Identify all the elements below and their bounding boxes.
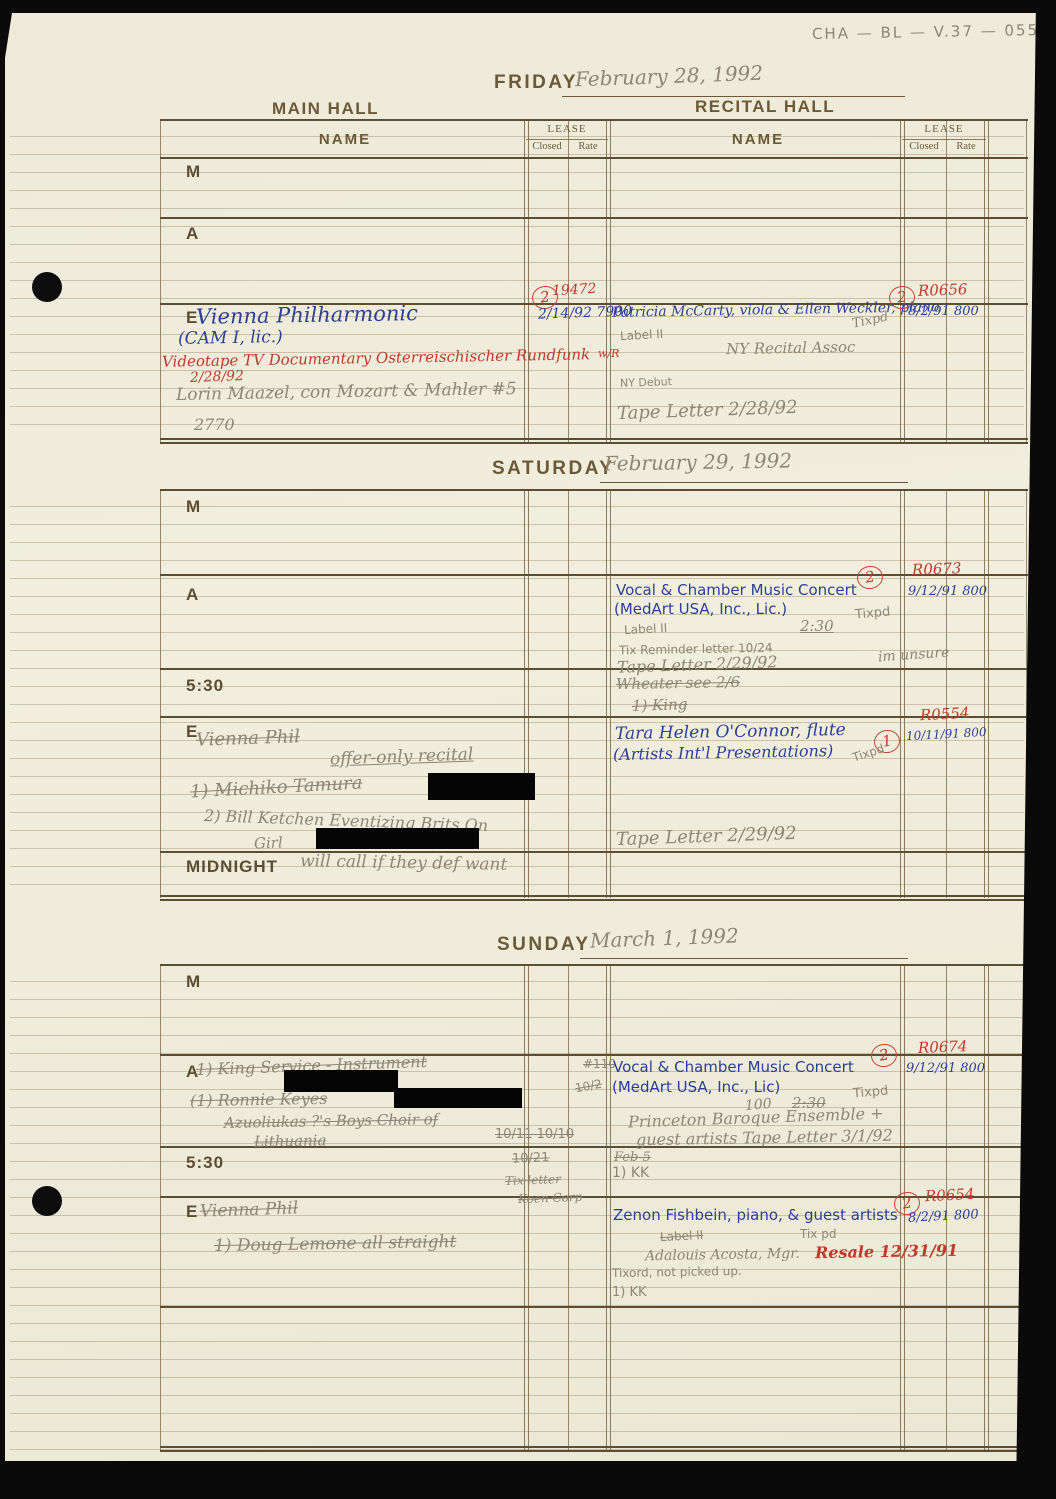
grid-line xyxy=(606,489,611,898)
sat-rec-event1: Vocal & Chamber Music Concert xyxy=(616,583,857,599)
fri-main-artist: Vienna Philharmonic xyxy=(196,302,418,328)
date-underline-sunday xyxy=(580,958,908,959)
paper-sheet: CHA — BL — V.37 — 055 FRIDAY February 28… xyxy=(0,0,1056,1499)
name-header-recital: NAME xyxy=(658,131,858,148)
grid-line xyxy=(900,119,905,442)
grid-line xyxy=(160,1446,1028,1448)
row-label-sunday-530: 5:30 xyxy=(186,1153,224,1173)
sun-main-lithuania: Lithuania xyxy=(254,1133,327,1150)
hall-label-main: MAIN HALL xyxy=(272,99,379,119)
name-header-main: NAME xyxy=(250,131,440,148)
row-label-friday-m: M xyxy=(186,162,201,182)
sat-rec-king: 1) King xyxy=(632,697,688,715)
sun-rec-tixpd: Tixpd xyxy=(852,1084,888,1101)
fri-main-license: (CAM I, lic.) xyxy=(178,329,283,349)
sun-rec2-artist: Zenon Fishbein, piano, & guest artists xyxy=(613,1208,898,1224)
grid-line xyxy=(984,119,989,442)
grid-line xyxy=(160,1054,1028,1056)
sun-main-crossed-artist: Vienna Phil xyxy=(200,1200,299,1221)
grid-line xyxy=(568,964,569,1450)
sat-rec-closed-rate: 9/12/91 800 xyxy=(908,585,987,599)
grid-line xyxy=(568,489,569,898)
day-label-sunday: SUNDAY xyxy=(497,934,591,956)
sun-rec-kk: 1) KK xyxy=(612,1166,649,1181)
sun-rec2-tixord: Tixord, not picked up. xyxy=(612,1265,742,1280)
sun-main-tixletter: Tix letter xyxy=(505,1173,561,1188)
fri-rec-debut: NY Debut xyxy=(620,376,672,389)
grid-line xyxy=(524,964,529,1450)
row-label-saturday-530: 5:30 xyxy=(186,676,224,696)
fri-rec-label2: Label II xyxy=(620,328,664,343)
grid-line xyxy=(160,964,161,1450)
row-label-sunday-e: E xyxy=(186,1202,198,1222)
rate-header-main: Rate xyxy=(568,141,608,152)
grid-line xyxy=(160,119,1028,121)
grid-line xyxy=(1026,119,1027,442)
hole-punch-top xyxy=(32,272,62,302)
sat-rec2-artist2: (Artists Int'l Presentations) xyxy=(613,743,834,764)
row-label-saturday-m: M xyxy=(186,497,201,517)
sun-rec2-acosta: Adalouis Acosta, Mgr. xyxy=(645,1247,800,1264)
sun-rec2-tixpd: Tix pd xyxy=(800,1228,836,1241)
sun-main-koen: Koen Corp xyxy=(518,1191,583,1206)
lease-header-main: LEASE xyxy=(526,123,608,135)
row-label-sunday-m: M xyxy=(186,972,201,992)
sun-main-keyes: (1) Ronnie Keyes xyxy=(190,1091,328,1110)
grid-line xyxy=(524,119,529,442)
grid-line xyxy=(568,119,569,442)
date-underline-saturday xyxy=(600,482,908,483)
fri-rec-closed-rate: 8/2/91 800 xyxy=(908,305,979,319)
date-friday: February 28, 1992 xyxy=(575,63,764,91)
lease-divider-main xyxy=(526,139,608,140)
sun-rec-event1: Vocal & Chamber Music Concert xyxy=(613,1060,854,1076)
sun-main-note1011: 10/11 10/10 xyxy=(495,1128,574,1142)
grid-line xyxy=(160,899,1028,901)
lease-header-recital: LEASE xyxy=(902,123,986,135)
scan-edge xyxy=(0,0,5,1499)
date-saturday: February 29, 1992 xyxy=(604,450,792,474)
grid-line xyxy=(160,574,1028,576)
sat-rec-contract: R0673 xyxy=(912,561,962,578)
grid-line xyxy=(160,217,1028,219)
grid-line xyxy=(160,489,161,898)
sun-main-choir: Azuoliukas ?'s Boys Choir of xyxy=(224,1112,439,1131)
sun-rec-contract: R0674 xyxy=(918,1039,968,1056)
row-label-friday-a: A xyxy=(186,224,199,244)
row-label-saturday-a: A xyxy=(186,585,199,605)
redaction-box xyxy=(284,1070,398,1092)
grid-line xyxy=(160,1306,1028,1308)
sat-rec2-contract: R0554 xyxy=(920,706,970,724)
row-label-saturday-midnight: MIDNIGHT xyxy=(186,857,278,877)
grid-line xyxy=(984,489,989,898)
ruled-lines-saturday xyxy=(10,489,1024,898)
grid-line xyxy=(900,489,905,898)
sun-rec2-kk: 1) KK xyxy=(612,1286,647,1300)
grid-line xyxy=(984,964,989,1450)
grid-line xyxy=(160,964,1028,966)
grid-line xyxy=(160,895,1028,897)
date-sunday: March 1, 1992 xyxy=(590,925,739,951)
grid-line xyxy=(160,489,1028,491)
grid-line xyxy=(160,119,161,442)
scan-edge xyxy=(0,1461,1056,1499)
fri-rec-assoc: NY Recital Assoc xyxy=(726,340,856,358)
redaction-box xyxy=(428,773,535,800)
grid-line xyxy=(606,119,611,442)
grid-line xyxy=(160,851,1028,853)
fri-rec-wr: w/R xyxy=(598,348,619,360)
grid-line xyxy=(160,1450,1028,1452)
grid-line xyxy=(160,716,1028,718)
sat-main-girl: Girl xyxy=(254,836,283,853)
sat-main-willcall: will call if they def want xyxy=(300,853,508,874)
sat-rec-event2: (MedArt USA, Inc., Lic.) xyxy=(614,602,787,618)
fri-main-number: 2770 xyxy=(194,417,235,434)
sun-rec2-resale: Resale 12/31/91 xyxy=(815,1243,958,1262)
sat-rec-label2: Label II xyxy=(624,622,668,637)
sat-rec-wheater: Wheater see 2/6 xyxy=(616,675,740,693)
closed-header-main: Closed xyxy=(526,141,568,152)
grid-line xyxy=(524,489,529,898)
sun-rec-feb5: Feb 5 xyxy=(614,1151,651,1165)
sun-rec2-label2: Label II xyxy=(660,1229,704,1244)
sat-main-crossed-artist: Vienna Phil xyxy=(196,728,301,751)
sun-rec-closed-rate: 9/12/91 800 xyxy=(906,1062,985,1076)
sun-main-note1021: 10/21 xyxy=(512,1151,550,1166)
sat-rec-tixpd: Tixpd xyxy=(854,605,890,622)
day-label-friday: FRIDAY xyxy=(494,72,578,94)
sun-rec2-contract: R0654 xyxy=(925,1187,975,1205)
day-label-saturday: SATURDAY xyxy=(492,458,614,480)
hole-punch-bottom xyxy=(32,1186,62,1216)
grid-line xyxy=(606,964,611,1450)
hall-label-recital: RECITAL HALL xyxy=(695,97,835,117)
fri-main-contract: 19472 xyxy=(552,282,597,299)
grid-line xyxy=(160,668,1028,670)
redaction-box xyxy=(394,1088,522,1108)
grid-line xyxy=(160,157,1028,159)
grid-line xyxy=(160,442,1028,444)
rate-header-recital: Rate xyxy=(946,141,986,152)
scan-edge xyxy=(0,0,1056,13)
closed-header-recital: Closed xyxy=(902,141,946,152)
grid-line xyxy=(946,489,947,898)
catalog-number: CHA — BL — V.37 — 055 xyxy=(812,23,1039,43)
sun-rec-event2: (MedArt USA, Inc., Lic) xyxy=(612,1080,780,1096)
grid-line xyxy=(160,438,1028,440)
fri-rec-contract: R0656 xyxy=(918,282,968,299)
sun-main-note110: #110 xyxy=(583,1058,616,1071)
scanned-ledger-page: CHA — BL — V.37 — 055 FRIDAY February 28… xyxy=(0,0,1056,1499)
sat-rec-time: 2:30 xyxy=(800,619,834,635)
redaction-box xyxy=(316,828,479,849)
lease-divider-recital xyxy=(902,139,986,140)
